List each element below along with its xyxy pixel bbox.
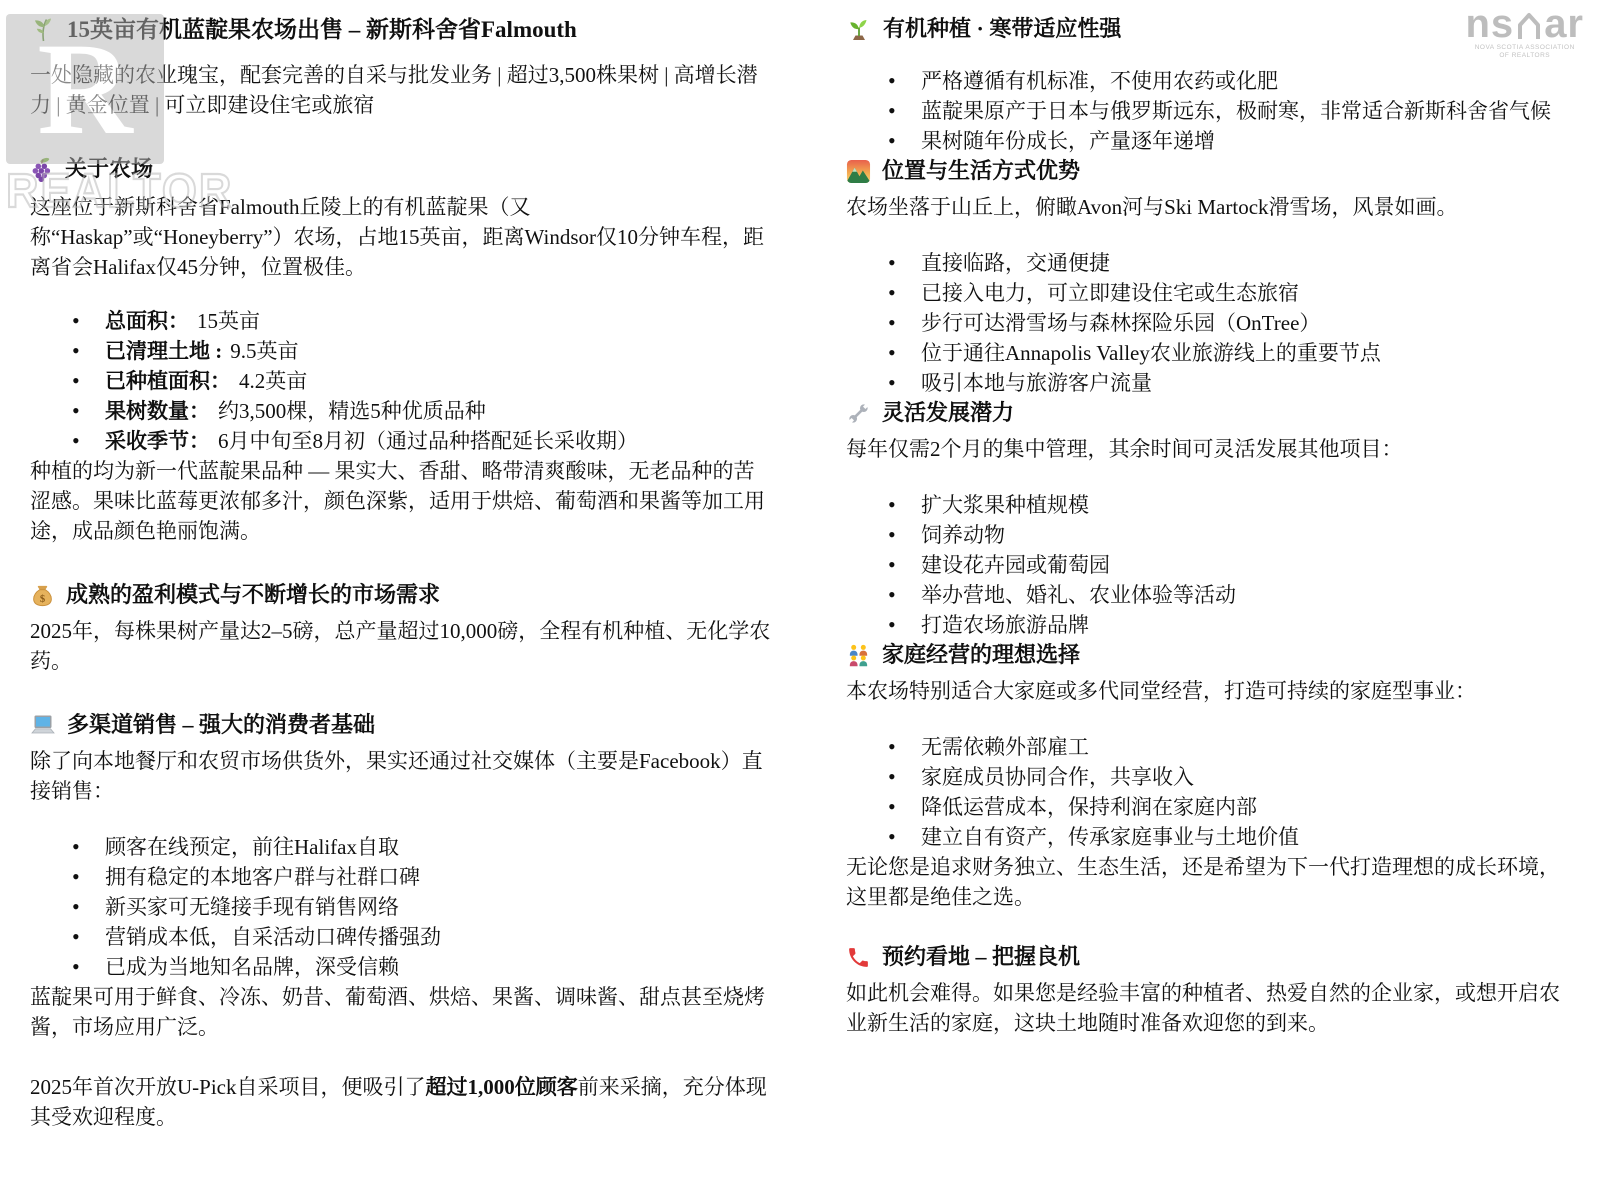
upick-text: 2025年首次开放U-Pick自采项目，便吸引了超过1,000位顾客前来采摘，充…	[30, 1072, 772, 1132]
list-item: 举办营地、婚礼、农业体验等活动	[886, 580, 1566, 610]
section-profit-header: $ 成熟的盈利模式与不断增长的市场需求	[30, 580, 772, 610]
upick-highlight: 超过1,000位顾客	[426, 1075, 578, 1099]
list-item: 新买家可无缝接手现有销售网络	[70, 892, 772, 922]
section-profit-title: 成熟的盈利模式与不断增长的市场需求	[66, 580, 440, 610]
sales-bullets-list: 顾客在线预定，前往Halifax自取 拥有稳定的本地客户群与社群口碑 新买家可无…	[30, 832, 772, 982]
closing-text: 无论您是追求财务独立、生态生活，还是希望为下一代打造理想的成长环境，这里都是绝佳…	[846, 852, 1566, 912]
fact-label: 已清理土地 :	[105, 339, 222, 363]
section-flexible-header: 灵活发展潜力	[846, 398, 1566, 428]
list-item: 总面积：15英亩	[70, 306, 772, 336]
listing-title-row: 15英亩有机蓝靛果农场出售 – 新斯科舍省Falmouth	[30, 14, 772, 46]
contact-body-text: 如此机会难得。如果您是经验丰富的种植者、热爱自然的企业家，或想开启农业新生活的家…	[846, 978, 1566, 1038]
section-about-title: 关于农场	[65, 154, 153, 184]
section-location-header: 位置与生活方式优势	[846, 156, 1566, 186]
section-sales-header: 多渠道销售 – 强大的消费者基础	[30, 710, 772, 740]
flexible-bullets-list: 扩大浆果种植规模 饲养动物 建设花卉园或葡萄园 举办营地、婚礼、农业体验等活动 …	[846, 490, 1566, 640]
sales-intro-text: 除了向本地餐厅和农贸市场供货外，果实还通过社交媒体（主要是Facebook）直接…	[30, 746, 772, 806]
about-outro-text: 种植的均为新一代蓝靛果品种 — 果实大、香甜、略带清爽酸味，无老品种的苦涩感。果…	[30, 456, 772, 546]
list-item: 饲养动物	[886, 520, 1566, 550]
list-item: 位于通往Annapolis Valley农业旅游线上的重要节点	[886, 338, 1566, 368]
location-bullets-list: 直接临路，交通便捷 已接入电力，可立即建设住宅或生态旅宿 步行可达滑雪场与森林探…	[846, 248, 1566, 398]
organic-bullets-list: 严格遵循有机标准，不使用农药或化肥 蓝靛果原产于日本与俄罗斯远东，极耐寒，非常适…	[846, 66, 1566, 156]
fact-label: 已种植面积：	[105, 369, 231, 393]
section-family-title: 家庭经营的理想选择	[882, 640, 1080, 670]
list-item: 已接入电力，可立即建设住宅或生态旅宿	[886, 278, 1566, 308]
family-icon	[846, 643, 871, 668]
flexible-intro-text: 每年仅需2个月的集中管理，其余时间可灵活发展其他项目：	[846, 434, 1566, 464]
list-item: 已种植面积：4.2英亩	[70, 366, 772, 396]
section-sales-title: 多渠道销售 – 强大的消费者基础	[67, 710, 375, 740]
fact-label: 总面积：	[105, 309, 189, 333]
list-item: 营销成本低，自采活动口碑传播强劲	[70, 922, 772, 952]
list-item: 果树数量：约3,500棵，精选5种优质品种	[70, 396, 772, 426]
list-item: 已成为当地知名品牌，深受信赖	[70, 952, 772, 982]
section-organic-title: 有机种植 · 寒带适应性强	[883, 14, 1121, 44]
family-bullets-list: 无需依赖外部雇工 家庭成员协同合作，共享收入 降低运营成本，保持利润在家庭内部 …	[846, 732, 1566, 852]
list-item: 降低运营成本，保持利润在家庭内部	[886, 792, 1566, 822]
listing-title: 15英亩有机蓝靛果农场出售 – 新斯科舍省Falmouth	[67, 14, 577, 46]
phone-icon	[846, 945, 871, 970]
right-column: 有机种植 · 寒带适应性强 严格遵循有机标准，不使用农药或化肥 蓝靛果原产于日本…	[846, 14, 1566, 1132]
list-item: 步行可达滑雪场与森林探险乐园（OnTree）	[886, 308, 1566, 338]
left-column: 15英亩有机蓝靛果农场出售 – 新斯科舍省Falmouth 一处隐藏的农业瑰宝，…	[30, 14, 772, 1132]
list-item: 建立自有资产，传承家庭事业与土地价值	[886, 822, 1566, 852]
fact-value: 4.2英亩	[239, 369, 307, 393]
mountain-sunrise-icon	[846, 159, 871, 184]
listing-subtitle: 一处隐藏的农业瑰宝，配套完善的自采与批发业务 | 超过3,500株果树 | 高增…	[30, 60, 772, 120]
list-item: 建设花卉园或葡萄园	[886, 550, 1566, 580]
fact-value: 15英亩	[197, 309, 260, 333]
seedling-icon	[846, 16, 872, 42]
laptop-icon	[30, 713, 56, 737]
about-facts-list: 总面积：15英亩 已清理土地 :9.5英亩 已种植面积：4.2英亩 果树数量：约…	[30, 306, 772, 456]
wrench-icon	[846, 401, 871, 426]
money-bag-icon: $	[30, 583, 55, 608]
section-contact-header: 预约看地 – 把握良机	[846, 942, 1566, 972]
listing-document: R REALTOR ns ar NOVA SCOTIA ASSOCIATION …	[0, 0, 1600, 1193]
section-flexible-title: 灵活发展潜力	[882, 398, 1014, 428]
about-intro-text: 这座位于新斯科舍省Falmouth丘陵上的有机蓝靛果（又称“Haskap”或“H…	[30, 192, 772, 282]
list-item: 果树随年份成长，产量逐年递增	[886, 126, 1566, 156]
section-contact-title: 预约看地 – 把握良机	[882, 942, 1080, 972]
list-item: 直接临路，交通便捷	[886, 248, 1566, 278]
fact-label: 果树数量：	[105, 399, 210, 423]
fact-value: 9.5英亩	[230, 339, 298, 363]
fact-value: 6月中旬至8月初（通过品种搭配延长采收期）	[218, 429, 638, 453]
list-item: 吸引本地与旅游客户流量	[886, 368, 1566, 398]
section-organic-header: 有机种植 · 寒带适应性强	[846, 14, 1566, 44]
list-item: 无需依赖外部雇工	[886, 732, 1566, 762]
list-item: 家庭成员协同合作，共享收入	[886, 762, 1566, 792]
list-item: 拥有稳定的本地客户群与社群口碑	[70, 862, 772, 892]
list-item: 蓝靛果原产于日本与俄罗斯远东，极耐寒，非常适合新斯科舍省气候	[886, 96, 1566, 126]
list-item: 打造农场旅游品牌	[886, 610, 1566, 640]
section-location-title: 位置与生活方式优势	[882, 156, 1080, 186]
list-item: 已清理土地 :9.5英亩	[70, 336, 772, 366]
list-item: 采收季节：6月中旬至8月初（通过品种搭配延长采收期）	[70, 426, 772, 456]
section-family-header: 家庭经营的理想选择	[846, 640, 1566, 670]
location-intro-text: 农场坐落于山丘上，俯瞰Avon河与Ski Martock滑雪场，风景如画。	[846, 192, 1566, 222]
document-body: 15英亩有机蓝靛果农场出售 – 新斯科舍省Falmouth 一处隐藏的农业瑰宝，…	[0, 0, 1600, 1132]
grapes-icon	[30, 156, 54, 183]
svg-text:$: $	[40, 593, 45, 604]
list-item: 扩大浆果种植规模	[886, 490, 1566, 520]
fact-value: 约3,500棵，精选5种优质品种	[218, 399, 486, 423]
fact-label: 采收季节：	[105, 429, 210, 453]
berry-uses-text: 蓝靛果可用于鲜食、冷冻、奶昔、葡萄酒、烘焙、果酱、调味酱、甜点甚至烧烤酱，市场应…	[30, 982, 772, 1042]
profit-body-text: 2025年，每株果树产量达2–5磅，总产量超过10,000磅，全程有机种植、无化…	[30, 616, 772, 676]
family-intro-text: 本农场特别适合大家庭或多代同堂经营，打造可持续的家庭型事业：	[846, 676, 1566, 706]
section-about-header: 关于农场	[30, 154, 772, 184]
list-item: 严格遵循有机标准，不使用农药或化肥	[886, 66, 1566, 96]
herb-icon	[30, 17, 56, 43]
list-item: 顾客在线预定，前往Halifax自取	[70, 832, 772, 862]
upick-prefix: 2025年首次开放U-Pick自采项目，便吸引了	[30, 1075, 426, 1099]
